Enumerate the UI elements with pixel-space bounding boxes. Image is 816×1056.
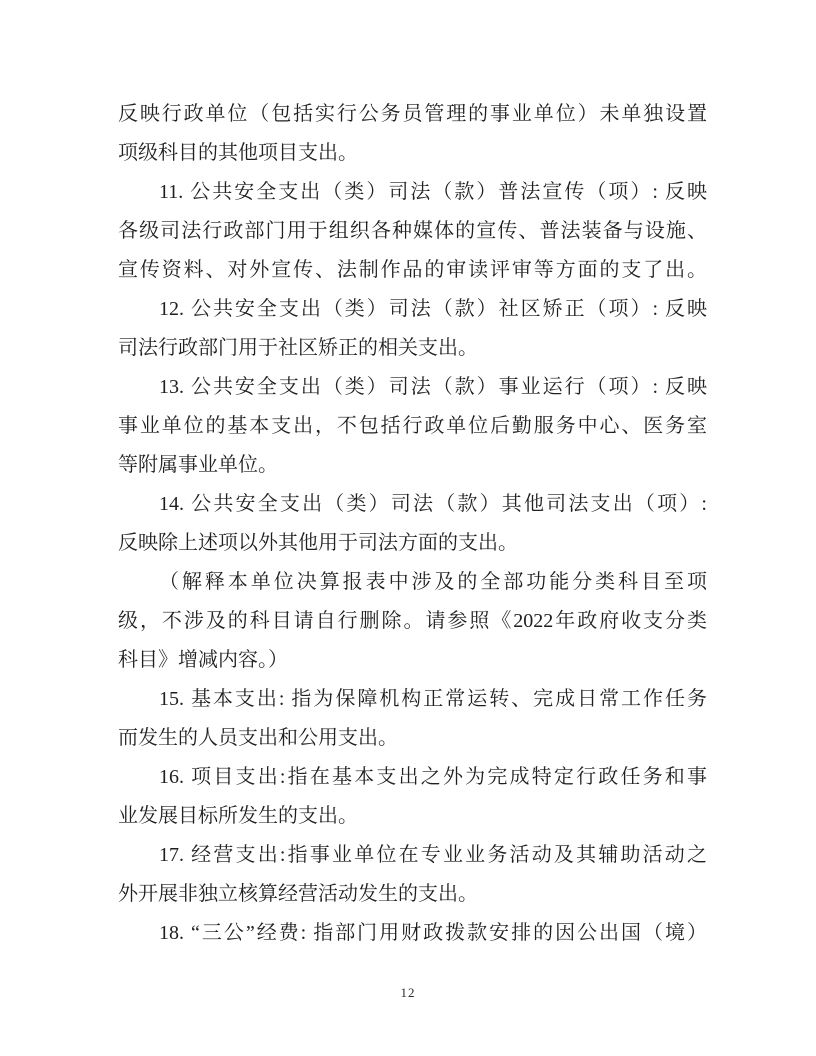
paragraph-item-17: 17. 经营支出:指事业单位在专业业务活动及其辅助活动之 外开展非独立核算经营活… xyxy=(118,836,707,914)
doc-line: （解释本单位决算报表中涉及的全部功能分类科目至项 xyxy=(118,563,707,602)
doc-line: 反映行政单位（包括实行公务员管理的事业单位）未单独设置 xyxy=(118,95,707,134)
doc-line: 外开展非独立核算经营活动发生的支出。 xyxy=(118,875,707,914)
doc-line: 而发生的人员支出和公用支出。 xyxy=(118,719,707,758)
doc-line: 14. 公共安全支出（类）司法（款）其他司法支出（项）: xyxy=(118,485,707,524)
doc-line: 项级科目的其他项目支出。 xyxy=(118,134,707,173)
document-page: { "page": { "background": "#ffffff", "te… xyxy=(0,0,816,1056)
document-body-text: 反映行政单位（包括实行公务员管理的事业单位）未单独设置 项级科目的其他项目支出。… xyxy=(118,95,707,953)
doc-line: 16. 项目支出:指在基本支出之外为完成特定行政任务和事 xyxy=(118,758,707,797)
paragraph-note-parenthetical: （解释本单位决算报表中涉及的全部功能分类科目至项 级，不涉及的科目请自行删除。请… xyxy=(118,563,707,680)
doc-line: 11. 公共安全支出（类）司法（款）普法宣传（项）: 反映 xyxy=(118,173,707,212)
paragraph-carryover-item-10: 反映行政单位（包括实行公务员管理的事业单位）未单独设置 项级科目的其他项目支出。 xyxy=(118,95,707,173)
doc-line: 级，不涉及的科目请自行删除。请参照《2022年政府收支分类 xyxy=(118,602,707,641)
paragraph-item-12: 12. 公共安全支出（类）司法（款）社区矫正（项）: 反映 司法行政部门用于社区… xyxy=(118,290,707,368)
doc-line: 13. 公共安全支出（类）司法（款）事业运行（项）: 反映 xyxy=(118,368,707,407)
page-number: 12 xyxy=(401,985,416,1000)
doc-line: 17. 经营支出:指事业单位在专业业务活动及其辅助活动之 xyxy=(118,836,707,875)
paragraph-item-18: 18. “三公”经费: 指部门用财政拨款安排的因公出国（境） xyxy=(118,914,707,953)
doc-line: 事业单位的基本支出，不包括行政单位后勤服务中心、医务室 xyxy=(118,407,707,446)
doc-line: 15. 基本支出: 指为保障机构正常运转、完成日常工作任务 xyxy=(118,680,707,719)
doc-line: 各级司法行政部门用于组织各种媒体的宣传、普法装备与设施、 xyxy=(118,212,707,251)
paragraph-item-14: 14. 公共安全支出（类）司法（款）其他司法支出（项）: 反映除上述项以外其他用… xyxy=(118,485,707,563)
doc-line: 科目》增减内容。） xyxy=(118,641,707,680)
doc-line: 反映除上述项以外其他用于司法方面的支出。 xyxy=(118,524,707,563)
doc-line: 18. “三公”经费: 指部门用财政拨款安排的因公出国（境） xyxy=(118,914,707,953)
paragraph-item-13: 13. 公共安全支出（类）司法（款）事业运行（项）: 反映 事业单位的基本支出，… xyxy=(118,368,707,485)
paragraph-item-15: 15. 基本支出: 指为保障机构正常运转、完成日常工作任务 而发生的人员支出和公… xyxy=(118,680,707,758)
doc-line: 12. 公共安全支出（类）司法（款）社区矫正（项）: 反映 xyxy=(118,290,707,329)
doc-line: 等附属事业单位。 xyxy=(118,446,707,485)
paragraph-item-16: 16. 项目支出:指在基本支出之外为完成特定行政任务和事 业发展目标所发生的支出… xyxy=(118,758,707,836)
page-footer: 12 xyxy=(0,984,816,1002)
doc-line: 司法行政部门用于社区矫正的相关支出。 xyxy=(118,329,707,368)
paragraph-item-11: 11. 公共安全支出（类）司法（款）普法宣传（项）: 反映 各级司法行政部门用于… xyxy=(118,173,707,290)
doc-line: 宣传资料、对外宣传、法制作品的审读评审等方面的支了出。 xyxy=(118,251,707,290)
doc-line: 业发展目标所发生的支出。 xyxy=(118,797,707,836)
